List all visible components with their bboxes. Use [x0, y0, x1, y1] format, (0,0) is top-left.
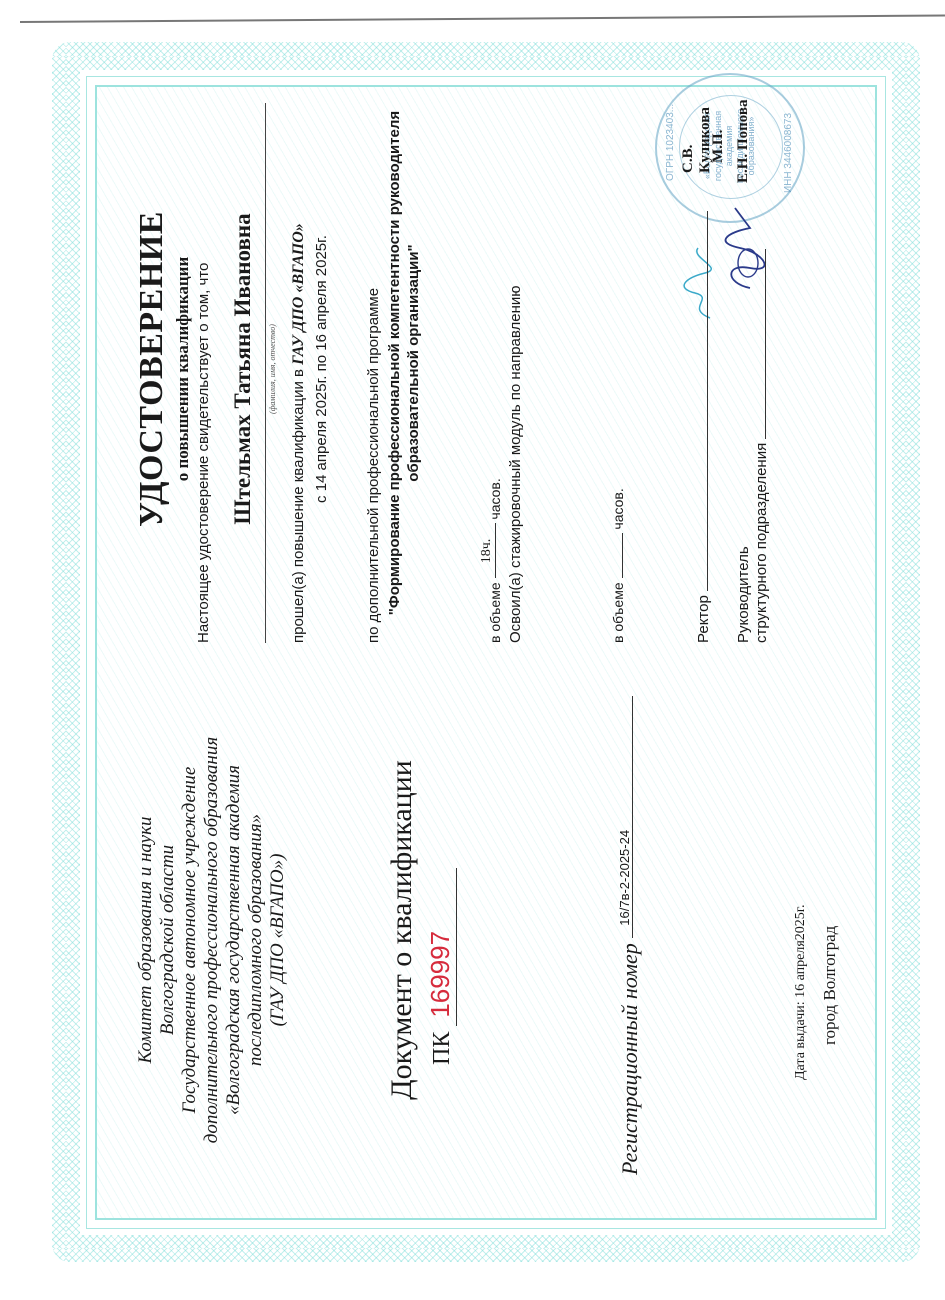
volume-prefix: в объеме: [487, 582, 503, 643]
holder-name: Штельмах Татьяна Ивановна: [230, 85, 256, 653]
head-label-line2: структурного подразделения: [753, 443, 770, 643]
volume-row: в объеме 18ч. часов.: [487, 478, 506, 643]
head-label-line1: Руководитель: [735, 249, 753, 643]
issuing-organization: Комитет образования и науки Волгоградско…: [135, 730, 289, 1150]
name-underline: [265, 103, 266, 643]
rector-signature-line: [707, 211, 708, 591]
volume-suffix: часов.: [487, 478, 503, 519]
certificate-document: Комитет образования и науки Волгоградско…: [95, 85, 877, 1220]
volume2-prefix: в объеме: [610, 582, 626, 643]
org-line: последипломного образования»: [245, 730, 267, 1150]
rector-name: С.В. Куликова: [680, 85, 714, 173]
training-dates: с 14 апреля 2025г. по 16 апреля 2025г.: [313, 85, 330, 653]
module-text: Освоил(а) стажировочный модуль по направ…: [507, 285, 524, 643]
issue-date: Дата выдачи: 16 апреля2025г.: [793, 905, 809, 1080]
passed-text: прошел(а) повышение квалификации в ГАУ Д…: [290, 223, 308, 643]
volume2-row: в объеме часов.: [610, 488, 626, 643]
scan-edge-line: [20, 15, 945, 23]
intro-text: Настоящее удостоверение свидетельствует …: [195, 263, 212, 643]
rector-label: Ректор: [695, 595, 712, 643]
volume2-blank: [622, 533, 623, 578]
name-caption: (фамилия, имя, отчество): [268, 85, 277, 653]
city: город Волгоград: [820, 926, 840, 1045]
org-line: Государственное автономное учреждение: [179, 730, 201, 1150]
org-line: «Волгоградская государственная академия: [223, 730, 245, 1150]
registration-row: Регистрационный номер 16/7в-2-2025-24: [617, 696, 643, 1175]
document-title: Документ о квалификации: [385, 700, 419, 1160]
seal-label: М.П.: [710, 130, 727, 163]
official-stamp: ОГРН 1023403... «Волгоградская государст…: [655, 73, 805, 223]
right-page: УДОСТОВЕРЕНИЕ о повышении квалификации Н…: [95, 85, 877, 653]
document-number-row: ПК 169997: [425, 868, 457, 1065]
passed-prefix: прошел(а) повышение квалификации в: [290, 369, 307, 643]
stamp-ogrn: ОГРН 1023403...: [665, 104, 676, 181]
series-label: ПК: [429, 1032, 455, 1065]
certificate-subtitle: о повышении квалификации: [173, 85, 193, 653]
head-signature-line: [765, 249, 766, 439]
left-page: Комитет образования и науки Волгоградско…: [95, 653, 877, 1220]
head-name: Е.Н. Попова: [735, 100, 752, 183]
org-line: Комитет образования и науки: [135, 730, 157, 1150]
head-row: Руководитель структурного подразделения: [735, 249, 771, 643]
registration-number: 16/7в-2-2025-24: [617, 696, 633, 938]
volume-value: 18ч.: [479, 523, 496, 578]
document-number: 169997: [425, 868, 457, 1026]
volume2-suffix: часов.: [610, 488, 626, 529]
rector-row: Ректор: [695, 211, 712, 643]
institution-name: ГАУ ДПО «ВГАПО»: [290, 223, 307, 365]
org-line: (ГАУ ДПО «ВГАПО»): [267, 730, 289, 1150]
certificate-title: УДОСТОВЕРЕНИЕ: [133, 85, 171, 653]
program-name: "Формирование профессиональной компетент…: [385, 103, 423, 623]
registration-label: Регистрационный номер: [617, 943, 642, 1175]
program-intro: по дополнительной профессиональной прогр…: [365, 288, 382, 643]
org-line: Волгоградской области: [157, 730, 179, 1150]
stamp-inn: ИНН 3446008673: [783, 113, 794, 193]
org-line: дополнительного профессионального образо…: [201, 730, 223, 1150]
